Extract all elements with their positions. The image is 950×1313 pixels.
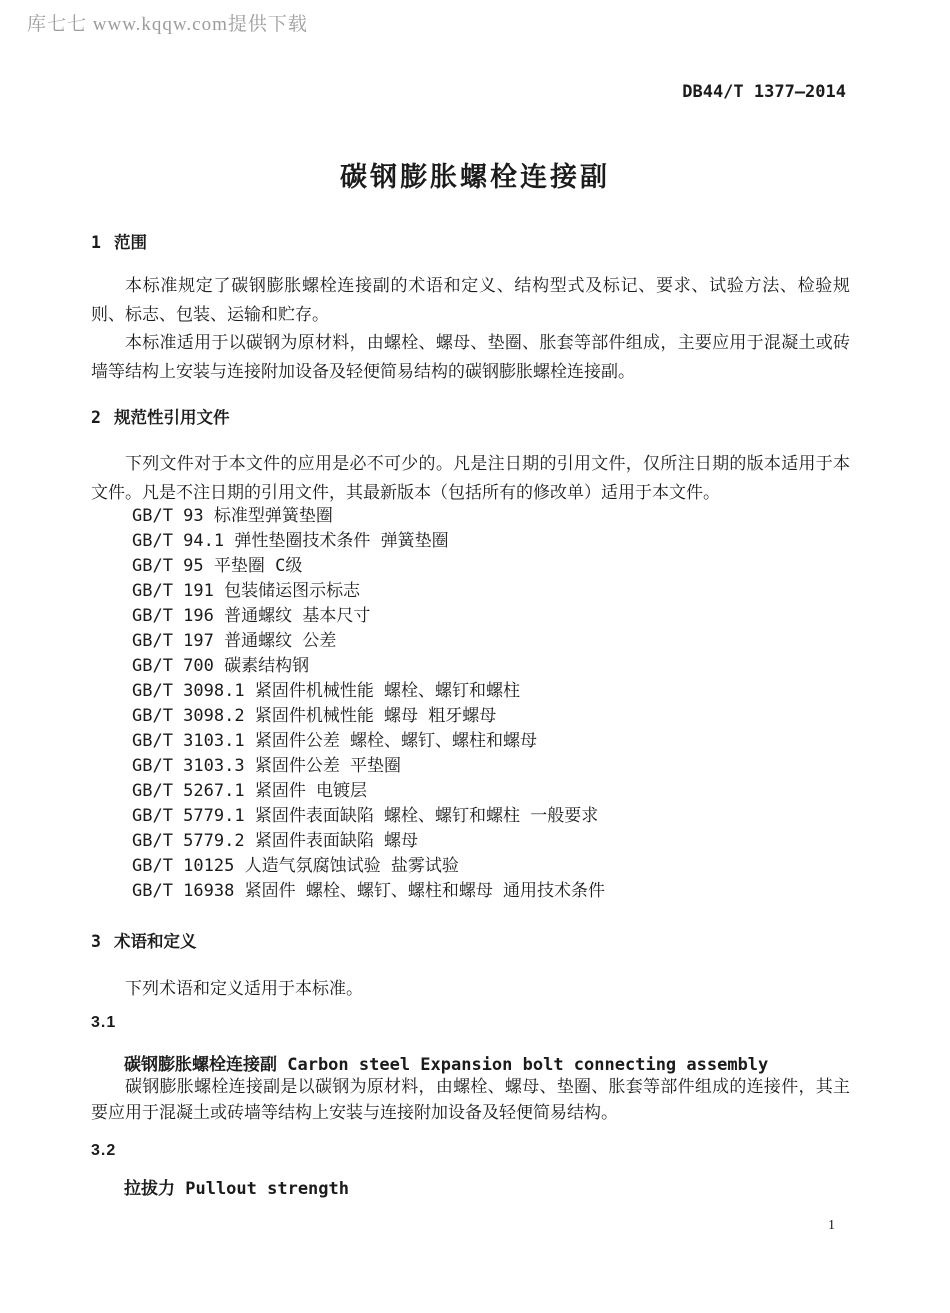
reference-item: GB/T 3103.1 紧固件公差 螺栓、螺钉、螺柱和螺母 <box>91 729 850 754</box>
reference-item: GB/T 3098.1 紧固件机械性能 螺栓、螺钉和螺柱 <box>91 679 850 704</box>
reference-item: GB/T 5267.1 紧固件 电镀层 <box>91 779 850 804</box>
section-3-heading: 3术语和定义 <box>91 928 850 952</box>
reference-item: GB/T 3103.3 紧固件公差 平垫圈 <box>91 754 850 779</box>
section-1-heading: 1范围 <box>91 229 850 253</box>
document-page: { "watermark": "库七七 www.kqqw.com提供下载", "… <box>0 0 950 1313</box>
paragraph: 碳钢膨胀螺栓连接副是以碳钢为原材料，由螺栓、螺母、垫圈、胀套等部件组成的连接件，… <box>91 1074 850 1125</box>
reference-list: GB/T 93 标准型弹簧垫圈 GB/T 94.1 弹性垫圈技术条件 弹簧垫圈 … <box>91 504 850 904</box>
doc-number: DB44/T 1377—2014 <box>682 82 846 102</box>
section-2-intro: 下列文件对于本文件的应用是必不可少的。凡是注日期的引用文件，仅所注日期的版本适用… <box>91 450 850 507</box>
paragraph: 本标准适用于以碳钢为原材料，由螺栓、螺母、垫圈、胀套等部件组成，主要应用于混凝土… <box>91 329 850 386</box>
section-3-intro: 下列术语和定义适用于本标准。 <box>91 975 850 1004</box>
reference-item: GB/T 93 标准型弹簧垫圈 <box>91 504 850 529</box>
reference-item: GB/T 94.1 弹性垫圈技术条件 弹簧垫圈 <box>91 529 850 554</box>
reference-item: GB/T 5779.2 紧固件表面缺陷 螺母 <box>91 829 850 854</box>
reference-item: GB/T 196 普通螺纹 基本尺寸 <box>91 604 850 629</box>
section-2-heading-text: 规范性引用文件 <box>114 409 230 427</box>
paragraph: 下列文件对于本文件的应用是必不可少的。凡是注日期的引用文件，仅所注日期的版本适用… <box>91 450 850 507</box>
page-number: 1 <box>828 1218 835 1234</box>
section-1-body: 本标准规定了碳钢膨胀螺栓连接副的术语和定义、结构型式及标记、要求、试验方法、检验… <box>91 272 850 386</box>
clause-3-2-number: 3.2 <box>91 1142 850 1160</box>
reference-item: GB/T 191 包装储运图示标志 <box>91 579 850 604</box>
reference-item: GB/T 197 普通螺纹 公差 <box>91 629 850 654</box>
term-3-2: 拉拔力 Pullout strength <box>91 1174 850 1199</box>
page-title: 碳钢膨胀螺栓连接副 <box>0 155 950 194</box>
section-2-number: 2 <box>91 408 101 427</box>
reference-item: GB/T 95 平垫圈 C级 <box>91 554 850 579</box>
reference-item: GB/T 700 碳素结构钢 <box>91 654 850 679</box>
reference-item: GB/T 5779.1 紧固件表面缺陷 螺栓、螺钉和螺柱 一般要求 <box>91 804 850 829</box>
section-1-number: 1 <box>91 233 101 252</box>
paragraph: 下列术语和定义适用于本标准。 <box>91 975 850 1004</box>
watermark: 库七七 www.kqqw.com提供下载 <box>27 9 308 36</box>
reference-item: GB/T 10125 人造气氛腐蚀试验 盐雾试验 <box>91 854 850 879</box>
section-3-number: 3 <box>91 932 101 951</box>
term-3-1: 碳钢膨胀螺栓连接副 Carbon steel Expansion bolt co… <box>91 1050 850 1075</box>
section-3-heading-text: 术语和定义 <box>114 933 197 951</box>
reference-item: GB/T 16938 紧固件 螺栓、螺钉、螺柱和螺母 通用技术条件 <box>91 879 850 904</box>
reference-item: GB/T 3098.2 紧固件机械性能 螺母 粗牙螺母 <box>91 704 850 729</box>
section-1-heading-text: 范围 <box>114 234 147 252</box>
definition-3-1: 碳钢膨胀螺栓连接副是以碳钢为原材料，由螺栓、螺母、垫圈、胀套等部件组成的连接件，… <box>91 1074 850 1125</box>
paragraph: 本标准规定了碳钢膨胀螺栓连接副的术语和定义、结构型式及标记、要求、试验方法、检验… <box>91 272 850 329</box>
section-2-heading: 2规范性引用文件 <box>91 404 850 428</box>
clause-3-1-number: 3.1 <box>91 1014 850 1032</box>
